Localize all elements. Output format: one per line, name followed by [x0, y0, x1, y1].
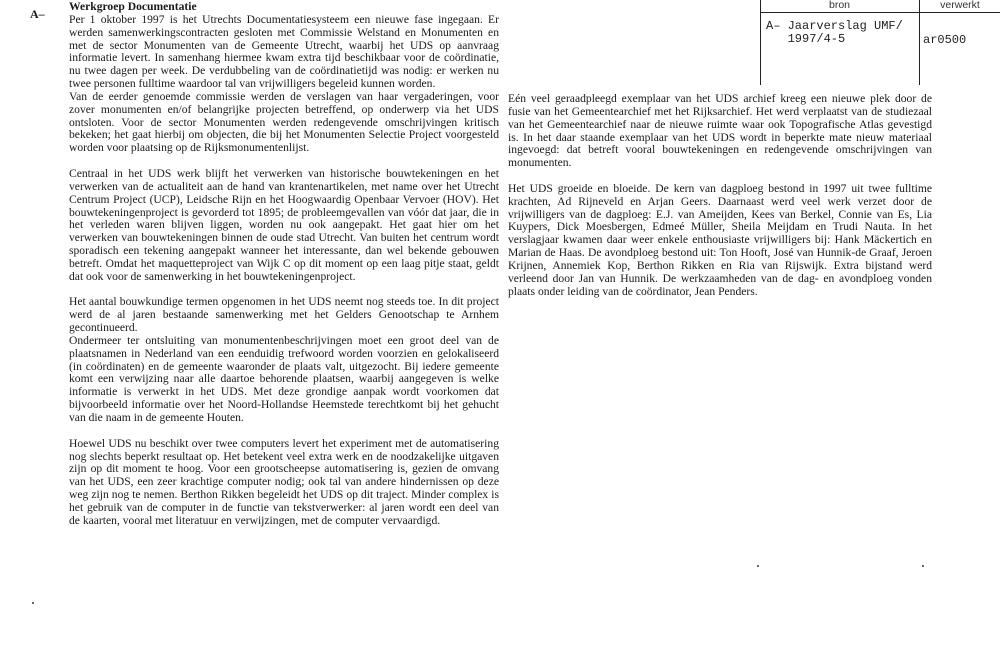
source-table: bron verwerkt A– Jaarverslag UMF/ 1997/4…	[760, 0, 1000, 85]
paragraph: Van de eerder genoemde commissie werden …	[69, 91, 499, 155]
left-column: Werkgroep Documentatie Per 1 oktober 199…	[69, 1, 499, 540]
cell-verwerkt: ar0500	[923, 34, 966, 47]
scan-speck	[32, 602, 34, 604]
section-heading: Werkgroep Documentatie	[69, 1, 499, 14]
table-header-divider	[760, 12, 1000, 13]
scan-speck	[757, 565, 759, 567]
paragraph: Ondermeer ter ontsluiting van monumenten…	[69, 335, 499, 425]
paragraph: Het UDS groeide en bloeide. De kern van …	[508, 183, 932, 299]
cell-bron: A– Jaarverslag UMF/ 1997/4-5	[766, 20, 916, 46]
header-bron: bron	[760, 0, 919, 11]
paragraph: Eén veel geraadpleegd exemplaar van het …	[508, 93, 932, 170]
right-column: Eén veel geraadpleegd exemplaar van het …	[508, 93, 932, 311]
paragraph: Per 1 oktober 1997 is het Utrechts Docum…	[69, 14, 499, 91]
paragraph: Het aantal bouwkundige termen opgenomen …	[69, 296, 499, 335]
paragraph: Hoewel UDS nu beschikt over twee compute…	[69, 438, 499, 528]
scan-speck	[922, 565, 924, 567]
margin-mark: A–	[30, 7, 45, 22]
paragraph: Centraal in het UDS werk blijft het verw…	[69, 168, 499, 284]
header-verwerkt: verwerkt	[920, 0, 1000, 11]
